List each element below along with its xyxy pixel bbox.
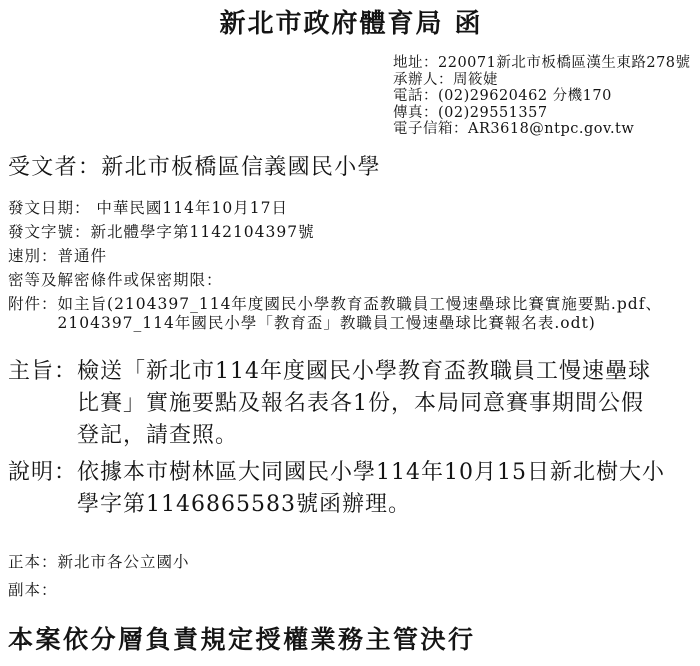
subject-label: 主旨： — [8, 356, 77, 388]
attachment-label: 附件： — [8, 295, 58, 314]
subject-line: 檢送「新北市114年度國民小學教育盃教職員工慢速壘球 — [77, 356, 651, 388]
subject-paragraph: 主旨： 檢送「新北市114年度國民小學教育盃教職員工慢速壘球 比賽」實施要點及報… — [8, 356, 694, 452]
description-text: 依據本市樹林區大同國民小學114年10月15日新北樹大小 學字第11468655… — [77, 457, 665, 521]
authorization-footer: 本案依分層負責規定授權業務主管決行 — [8, 624, 694, 656]
contact-block: 地址：220071新北市板橋區漢生東路278號 承辦人：周筱婕 電話：(02)2… — [393, 55, 694, 138]
contact-handler: 承辦人：周筱婕 — [393, 72, 694, 89]
attachment-row: 附件： 如主旨(2104397_114年度國民小學教育盃教職員工慢速壘球比賽實施… — [8, 295, 694, 333]
contact-fax: 傳真：(02)29551357 — [393, 105, 694, 122]
contact-email: 電子信箱：AR3618@ntpc.gov.tw — [393, 121, 694, 138]
security-line: 密等及解密條件或保密期限： — [8, 268, 694, 292]
description-line: 依據本市樹林區大同國民小學114年10月15日新北樹大小 — [77, 457, 665, 489]
description-label: 說明： — [8, 457, 77, 489]
description-line: 學字第1146865583號函辦理。 — [77, 489, 665, 521]
attachment-filenames: 如主旨(2104397_114年度國民小學教育盃教職員工慢速壘球比賽實施要點.p… — [58, 295, 662, 333]
attachment-line: 2104397_114年國民小學「教育盃」教職員工慢速壘球比賽報名表.odt) — [58, 314, 662, 333]
subject-line: 比賽」實施要點及報名表各1份，本局同意賽事期間公假 — [77, 388, 651, 420]
official-letter-document: 新北市政府體育局 函 地址：220071新北市板橋區漢生東路278號 承辦人：周… — [0, 0, 700, 666]
original-copy-line: 正本：新北市各公立國小 — [8, 548, 694, 576]
cc-copy-line: 副本： — [8, 576, 694, 604]
document-title: 新北市政府體育局 函 — [8, 8, 694, 40]
subject-text: 檢送「新北市114年度國民小學教育盃教職員工慢速壘球 比賽」實施要點及報名表各1… — [77, 356, 651, 452]
subject-line: 登記，請查照。 — [77, 420, 651, 452]
copies-block: 正本：新北市各公立國小 副本： — [8, 548, 694, 604]
contact-address: 地址：220071新北市板橋區漢生東路278號 — [393, 55, 694, 72]
meta-block: 發文日期： 中華民國114年10月17日 發文字號：新北體學字第11421043… — [8, 196, 694, 333]
attachment-line: 如主旨(2104397_114年度國民小學教育盃教職員工慢速壘球比賽實施要點.p… — [58, 295, 662, 314]
issue-date-line: 發文日期： 中華民國114年10月17日 — [8, 196, 694, 220]
description-paragraph: 說明： 依據本市樹林區大同國民小學114年10月15日新北樹大小 學字第1146… — [8, 457, 694, 521]
priority-line: 速別：普通件 — [8, 244, 694, 268]
doc-number-line: 發文字號：新北體學字第1142104397號 — [8, 220, 694, 244]
contact-phone: 電話：(02)29620462 分機170 — [393, 88, 694, 105]
recipient-line: 受文者：新北市板橋區信義國民小學 — [8, 155, 694, 181]
